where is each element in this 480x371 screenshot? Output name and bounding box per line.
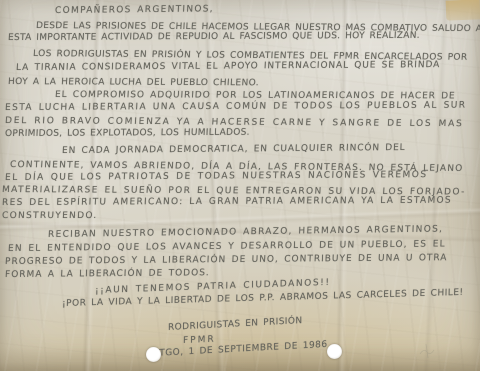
letter-line: FORMA A LA LIBERACIÓN DE TODOS. [5,268,210,280]
letter-line: CONSTRUYENDO. [2,211,98,221]
letter-line: OPRIMIDOS, LOS EXPLOTADOS, LOS HUMILLADO… [5,128,250,139]
organization-line: FPMR [183,335,216,346]
punch-hole [327,344,342,359]
scanned-letter: COMPAÑEROS ARGENTINOS, DESDE LAS PRISION… [0,0,480,371]
letter-line: EL COMPROMISO ADQUIRIDO POR LOS LATINOAM… [55,90,456,101]
punch-hole [146,347,161,362]
tape-patch [446,0,480,21]
salutation-line: COMPAÑEROS ARGENTINOS, [55,4,214,16]
letter-line: HOY A LA HEROICA LUCHA DEL PUEBLO CHILEN… [8,77,260,88]
pencil-smudge [414,338,444,362]
